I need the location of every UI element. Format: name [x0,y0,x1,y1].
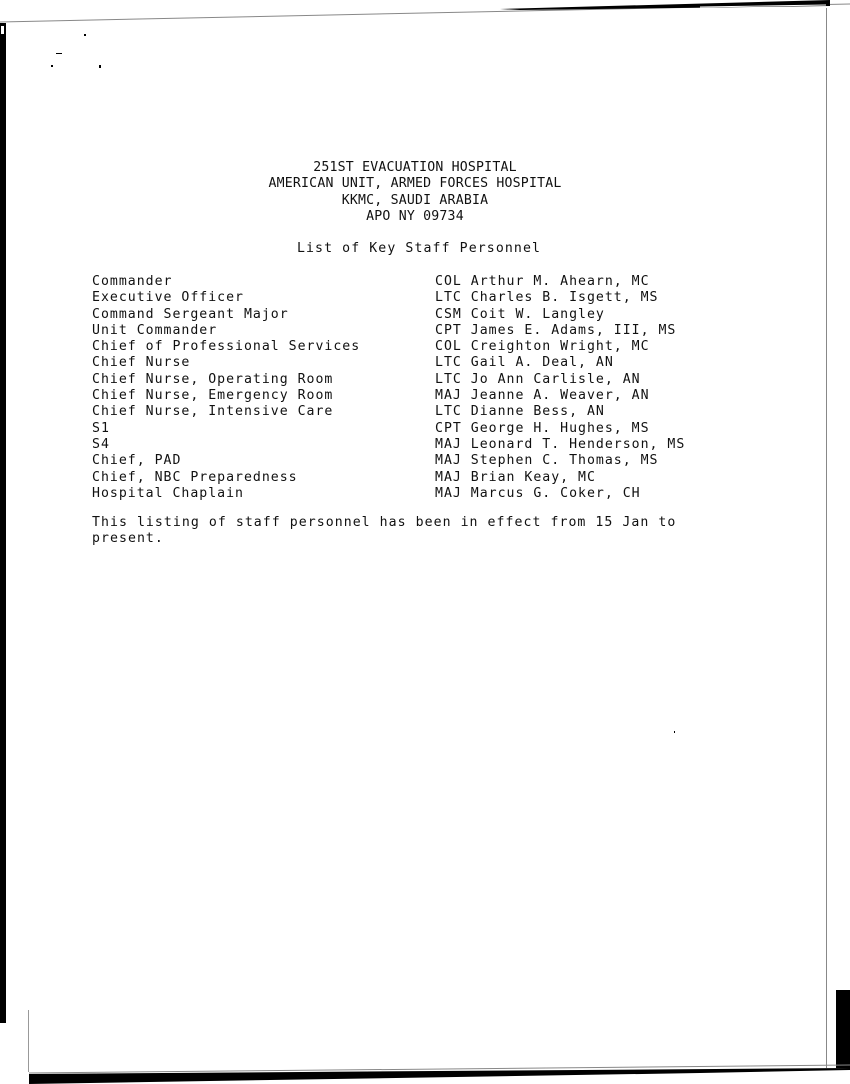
letterhead-hospital: AMERICAN UNIT, ARMED FORCES HOSPITAL [0,176,830,192]
staff-name: CSM Coit W. Langley [435,307,792,323]
staff-name: MAJ Brian Keay, MC [435,470,792,486]
scan-right-edge-bar [836,990,850,1068]
staff-role: Hospital Chaplain [92,486,435,502]
scan-speck [674,731,675,733]
staff-name: LTC Gail A. Deal, AN [435,355,792,371]
staff-row: Chief Nurse, Intensive Care LTC Dianne B… [92,404,792,420]
staff-name: MAJ Jeanne A. Weaver, AN [435,388,792,404]
staff-name: LTC Jo Ann Carlisle, AN [435,372,792,388]
scan-speck [56,53,62,54]
staff-name: MAJ Marcus G. Coker, CH [435,486,792,502]
scan-speck [51,65,53,67]
staff-list: Commander COL Arthur M. Ahearn, MC Execu… [92,274,792,502]
staff-row: Hospital Chaplain MAJ Marcus G. Coker, C… [92,486,792,502]
staff-role: Chief, NBC Preparedness [92,470,435,486]
letterhead-unit: 251ST EVACUATION HOSPITAL [0,160,830,176]
staff-name: CPT James E. Adams, III, MS [435,323,792,339]
staff-row: Chief, PAD MAJ Stephen C. Thomas, MS [92,453,792,469]
staff-role: Chief Nurse, Emergency Room [92,388,435,404]
scan-speck [84,34,86,36]
staff-role: Commander [92,274,435,290]
staff-name: COL Arthur M. Ahearn, MC [435,274,792,290]
scan-bottom-edge [0,1060,850,1084]
staff-name: LTC Dianne Bess, AN [435,404,792,420]
staff-role: S1 [92,421,435,437]
staff-name: CPT George H. Hughes, MS [435,421,792,437]
document-title: List of Key Staff Personnel [0,241,838,256]
staff-row: S4 MAJ Leonard T. Henderson, MS [92,437,792,453]
staff-role: Unit Commander [92,323,435,339]
staff-role: Chief Nurse, Intensive Care [92,404,435,420]
staff-role: Chief Nurse [92,355,435,371]
staff-role: Chief, PAD [92,453,435,469]
scan-top-edge [0,0,850,24]
staff-row: Chief Nurse LTC Gail A. Deal, AN [92,355,792,371]
staff-row: Executive Officer LTC Charles B. Isgett,… [92,290,792,306]
staff-role: Executive Officer [92,290,435,306]
staff-row: Command Sergeant Major CSM Coit W. Langl… [92,307,792,323]
staff-name: MAJ Leonard T. Henderson, MS [435,437,792,453]
letterhead-apo: APO NY 09734 [0,209,830,225]
staff-row: S1 CPT George H. Hughes, MS [92,421,792,437]
staff-name: LTC Charles B. Isgett, MS [435,290,792,306]
staff-name: COL Creighton Wright, MC [435,339,792,355]
letterhead-location: KKMC, SAUDI ARABIA [0,193,830,209]
letterhead: 251ST EVACUATION HOSPITAL AMERICAN UNIT,… [0,160,830,225]
staff-row: Commander COL Arthur M. Ahearn, MC [92,274,792,290]
staff-row: Chief of Professional Services COL Creig… [92,339,792,355]
staff-row: Unit Commander CPT James E. Adams, III, … [92,323,792,339]
staff-role: Chief of Professional Services [92,339,435,355]
staff-role: S4 [92,437,435,453]
staff-row: Chief, NBC Preparedness MAJ Brian Keay, … [92,470,792,486]
effective-date-note: This listing of staff personnel has been… [92,515,752,548]
staff-row: Chief Nurse, Emergency Room MAJ Jeanne A… [92,388,792,404]
staff-name: MAJ Stephen C. Thomas, MS [435,453,792,469]
staff-role: Chief Nurse, Operating Room [92,372,435,388]
staff-row: Chief Nurse, Operating Room LTC Jo Ann C… [92,372,792,388]
scan-left-notch [1,26,4,34]
scan-speck [99,65,101,68]
staff-role: Command Sergeant Major [92,307,435,323]
